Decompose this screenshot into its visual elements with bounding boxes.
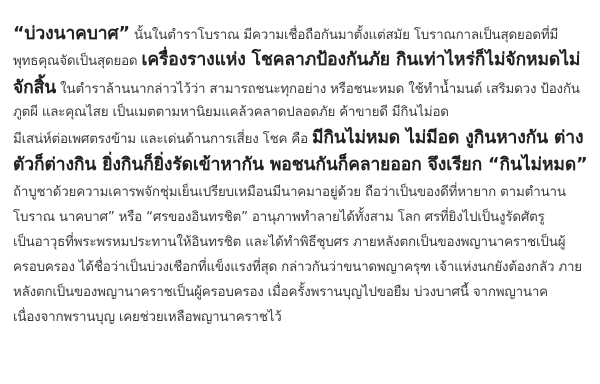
bold-text: เครื่องรางแห่ง โชคลาภป้องกันภัย กินเท่าไ… <box>142 50 581 70</box>
bold-text: จักสิ้น <box>13 78 56 98</box>
text-line: มีเสน่ห์ต่อเพศตรงข้าม และเด่นด้านการเสี่… <box>13 128 583 150</box>
text-line: จักสิ้น ในตำราล้านนากล่าวไว้ว่า สามารถชน… <box>13 78 580 100</box>
text-line: ครอบครอง ได้ชื่อว่าเป็นบ่วงเชือกที่แข็งแ… <box>13 258 582 278</box>
text-line: เป็นอาวุธที่พระพรหมประทานให้อินทรชิต และ… <box>13 233 565 253</box>
bold-text: “บ่วงนาคบาศ” <box>13 24 130 44</box>
body-text: โบราณ นาคบาศ” หรือ “ศรของอินทรชิต” อานุภ… <box>13 210 545 225</box>
text-line: หลังตกเป็นของพญานาคราชเป็นผู้ครอบครอง เม… <box>13 283 548 303</box>
bold-text: ตัวก็ต่างกิน ยิ่งกินก็ยิ่งรัดเข้าหากัน พ… <box>13 155 588 175</box>
body-text: มีเสน่ห์ต่อเพศตรงข้าม และเด่นด้านการเสี่… <box>13 132 312 147</box>
text-line: ถ้าบูชาด้วยความเคารพจักชุ่มเย็นเปรียบเหม… <box>13 183 566 203</box>
text-line: เนื่องจากพรานบุญ เคยช่วยเหลือพญานาคราชไว… <box>13 308 282 328</box>
text-line: “บ่วงนาคบาศ” นั้นในตำราโบราณ มีความเชื่อ… <box>13 24 558 46</box>
body-text: ครอบครอง ได้ชื่อว่าเป็นบ่วงเชือกที่แข็งแ… <box>13 260 582 275</box>
body-text: พุทธคุณจัดเป็นสุดยอด <box>13 54 142 69</box>
body-text: ภูตผี และคุณไสย เป็นเมตตามหานิยมแคล้วคลา… <box>13 105 449 120</box>
body-text: ถ้าบูชาด้วยความเคารพจักชุ่มเย็นเปรียบเหม… <box>13 185 566 200</box>
body-text: เป็นอาวุธที่พระพรหมประทานให้อินทรชิต และ… <box>13 235 565 250</box>
text-line: โบราณ นาคบาศ” หรือ “ศรของอินทรชิต” อานุภ… <box>13 208 545 228</box>
text-line: ภูตผี และคุณไสย เป็นเมตตามหานิยมแคล้วคลา… <box>13 103 449 123</box>
body-text: หลังตกเป็นของพญานาคราชเป็นผู้ครอบครอง เม… <box>13 285 548 300</box>
text-line: พุทธคุณจัดเป็นสุดยอด เครื่องรางแห่ง โชคล… <box>13 50 580 72</box>
body-text: ในตำราล้านนากล่าวไว้ว่า สามารถชนะทุกอย่า… <box>56 82 580 97</box>
text-line: ตัวก็ต่างกิน ยิ่งกินก็ยิ่งรัดเข้าหากัน พ… <box>13 155 588 177</box>
body-text: เนื่องจากพรานบุญ เคยช่วยเหลือพญานาคราชไว… <box>13 310 282 325</box>
body-text: นั้นในตำราโบราณ มีความเชื่อถือกันมาตั้งแ… <box>130 28 558 43</box>
bold-text: มีกินไม่หมด ไม่มีอด งูกินหางกัน ต่าง <box>312 128 584 148</box>
